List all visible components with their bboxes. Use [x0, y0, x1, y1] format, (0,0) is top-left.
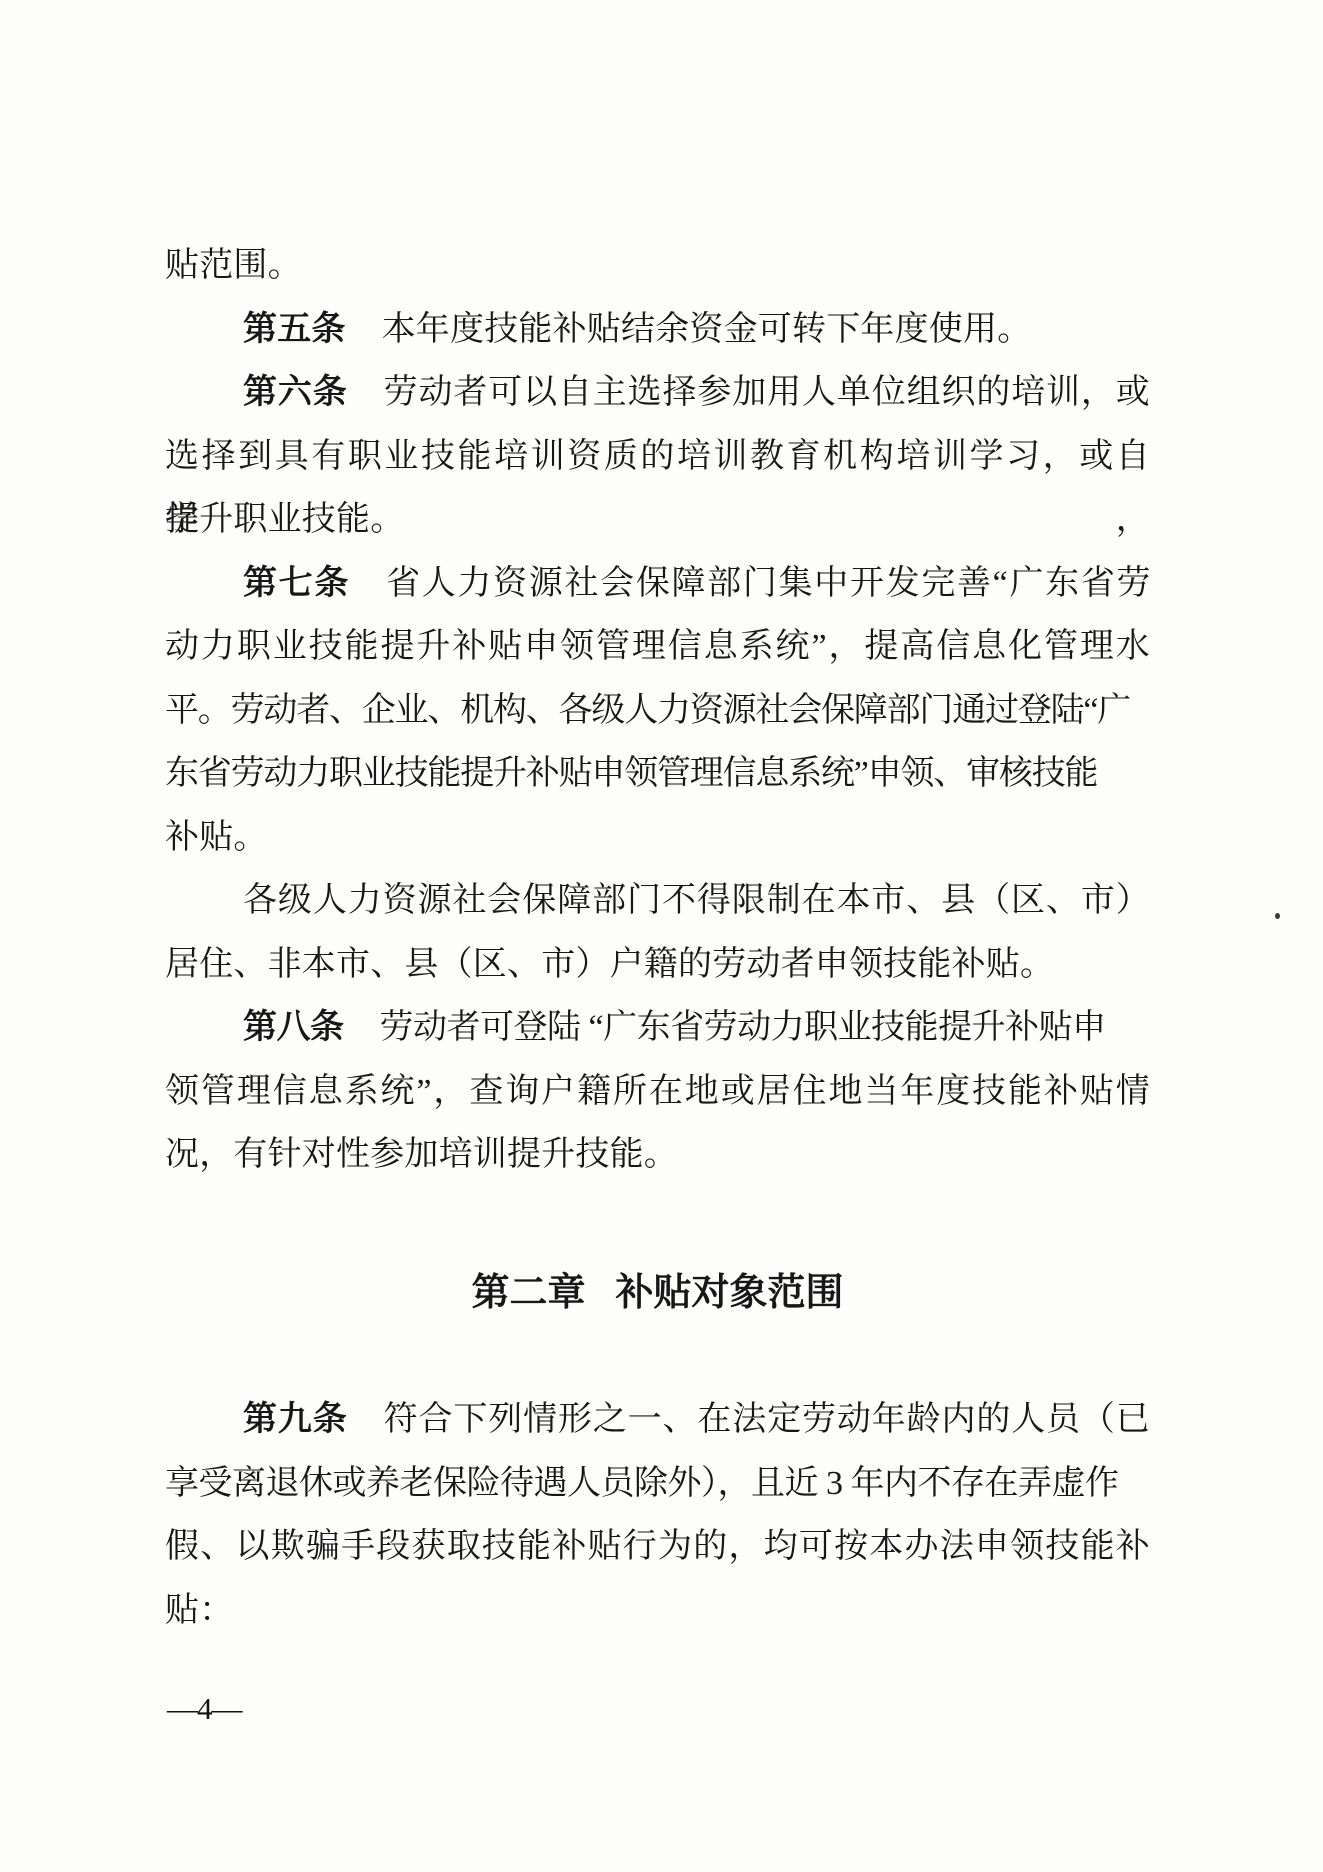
line-text: 省人力资源社会保障部门集中开发完善“广东省劳: [386, 565, 1150, 602]
article-label: 第五条: [243, 311, 346, 348]
chapter-heading: 第二章补贴对象范围: [165, 1262, 1150, 1326]
line-text: 领管理信息系统”，查询户籍所在地或居住地当年度技能补贴情: [165, 1073, 1150, 1110]
body-line: 第八条劳动者可登陆 “广东省劳动力职业技能提升补贴申: [165, 996, 1150, 1060]
line-text: 各级人力资源社会保障部门不得限制在本市、县（区、市）: [243, 882, 1150, 919]
line-text: 劳动者可以自主选择参加用人单位组织的培训，或: [384, 374, 1150, 411]
article-label: 第七条: [243, 565, 350, 602]
line-text: 补贴。: [165, 819, 268, 856]
line-text: 东省劳动力职业技能提升补贴申领管理信息系统”申领、审核技能: [165, 755, 1097, 792]
line-text: 贴范围。: [165, 247, 302, 284]
body-line: 领管理信息系统”，查询户籍所在地或居住地当年度技能补贴情: [165, 1060, 1150, 1124]
line-text: 符合下列情形之一、在法定劳动年龄内的人员（已: [384, 1401, 1150, 1438]
body-line: 动力职业技能提升补贴申领管理信息系统”，提高信息化管理水: [165, 615, 1150, 679]
body-line: 东省劳动力职业技能提升补贴申领管理信息系统”申领、审核技能: [165, 742, 1150, 806]
line-text: 平。劳动者、企业、机构、各级人力资源社会保障部门通过登陆“广: [165, 692, 1130, 729]
body-line: 选择到具有职业技能培训资质的培训教育机构培训学习，或自学，: [165, 425, 1150, 489]
document-page: 贴范围。 第五条本年度技能补贴结余资金可转下年度使用。 第六条劳动者可以自主选择…: [0, 0, 1323, 1872]
chapter-number: 第二章: [471, 1272, 585, 1314]
page-number: —4—: [167, 1691, 242, 1727]
body-line: 况，有针对性参加培训提升技能。: [165, 1123, 1150, 1187]
body-line: 补贴。: [165, 806, 1150, 870]
text-column: 贴范围。 第五条本年度技能补贴结余资金可转下年度使用。 第六条劳动者可以自主选择…: [165, 234, 1150, 1642]
line-text: 假、以欺骗手段获取技能补贴行为的，均可按本办法申领技能补: [165, 1528, 1150, 1565]
body-line: 各级人力资源社会保障部门不得限制在本市、县（区、市）: [165, 869, 1150, 933]
chapter-title: 补贴对象范围: [616, 1272, 844, 1314]
body-line: 第七条省人力资源社会保障部门集中开发完善“广东省劳: [165, 552, 1150, 616]
body-line: 第六条劳动者可以自主选择参加用人单位组织的培训，或: [165, 361, 1150, 425]
line-text: 居住、非本市、县（区、市）户籍的劳动者申领技能补贴。: [165, 946, 1054, 983]
body-line: 享受离退休或养老保险待遇人员除外），且近 3 年内不存在弄虚作: [165, 1452, 1150, 1516]
line-text: 贴：: [165, 1592, 233, 1629]
body-line: 假、以欺骗手段获取技能补贴行为的，均可按本办法申领技能补: [165, 1515, 1150, 1579]
body-line: 第九条符合下列情形之一、在法定劳动年龄内的人员（已: [165, 1388, 1150, 1452]
body-line: 贴范围。: [165, 234, 1150, 298]
scan-speck: [1275, 913, 1280, 919]
line-text: 动力职业技能提升补贴申领管理信息系统”，提高信息化管理水: [165, 628, 1150, 665]
article-label: 第六条: [243, 374, 348, 411]
article-label: 第九条: [243, 1401, 348, 1438]
line-text: 享受离退休或养老保险待遇人员除外），且近 3 年内不存在弄虚作: [165, 1465, 1119, 1502]
body-line: 贴：: [165, 1579, 1150, 1643]
body-line: 平。劳动者、企业、机构、各级人力资源社会保障部门通过登陆“广: [165, 679, 1150, 743]
body-line: 居住、非本市、县（区、市）户籍的劳动者申领技能补贴。: [165, 933, 1150, 997]
body-line: 第五条本年度技能补贴结余资金可转下年度使用。: [165, 298, 1150, 362]
line-text: 劳动者可登陆 “广东省劳动力职业技能提升补贴申: [380, 1009, 1106, 1046]
article-label: 第八条: [243, 1009, 344, 1046]
line-text: 况，有针对性参加培训提升技能。: [165, 1136, 678, 1173]
line-text: 提升职业技能。: [165, 501, 404, 538]
line-text: 本年度技能补贴结余资金可转下年度使用。: [382, 311, 1032, 348]
